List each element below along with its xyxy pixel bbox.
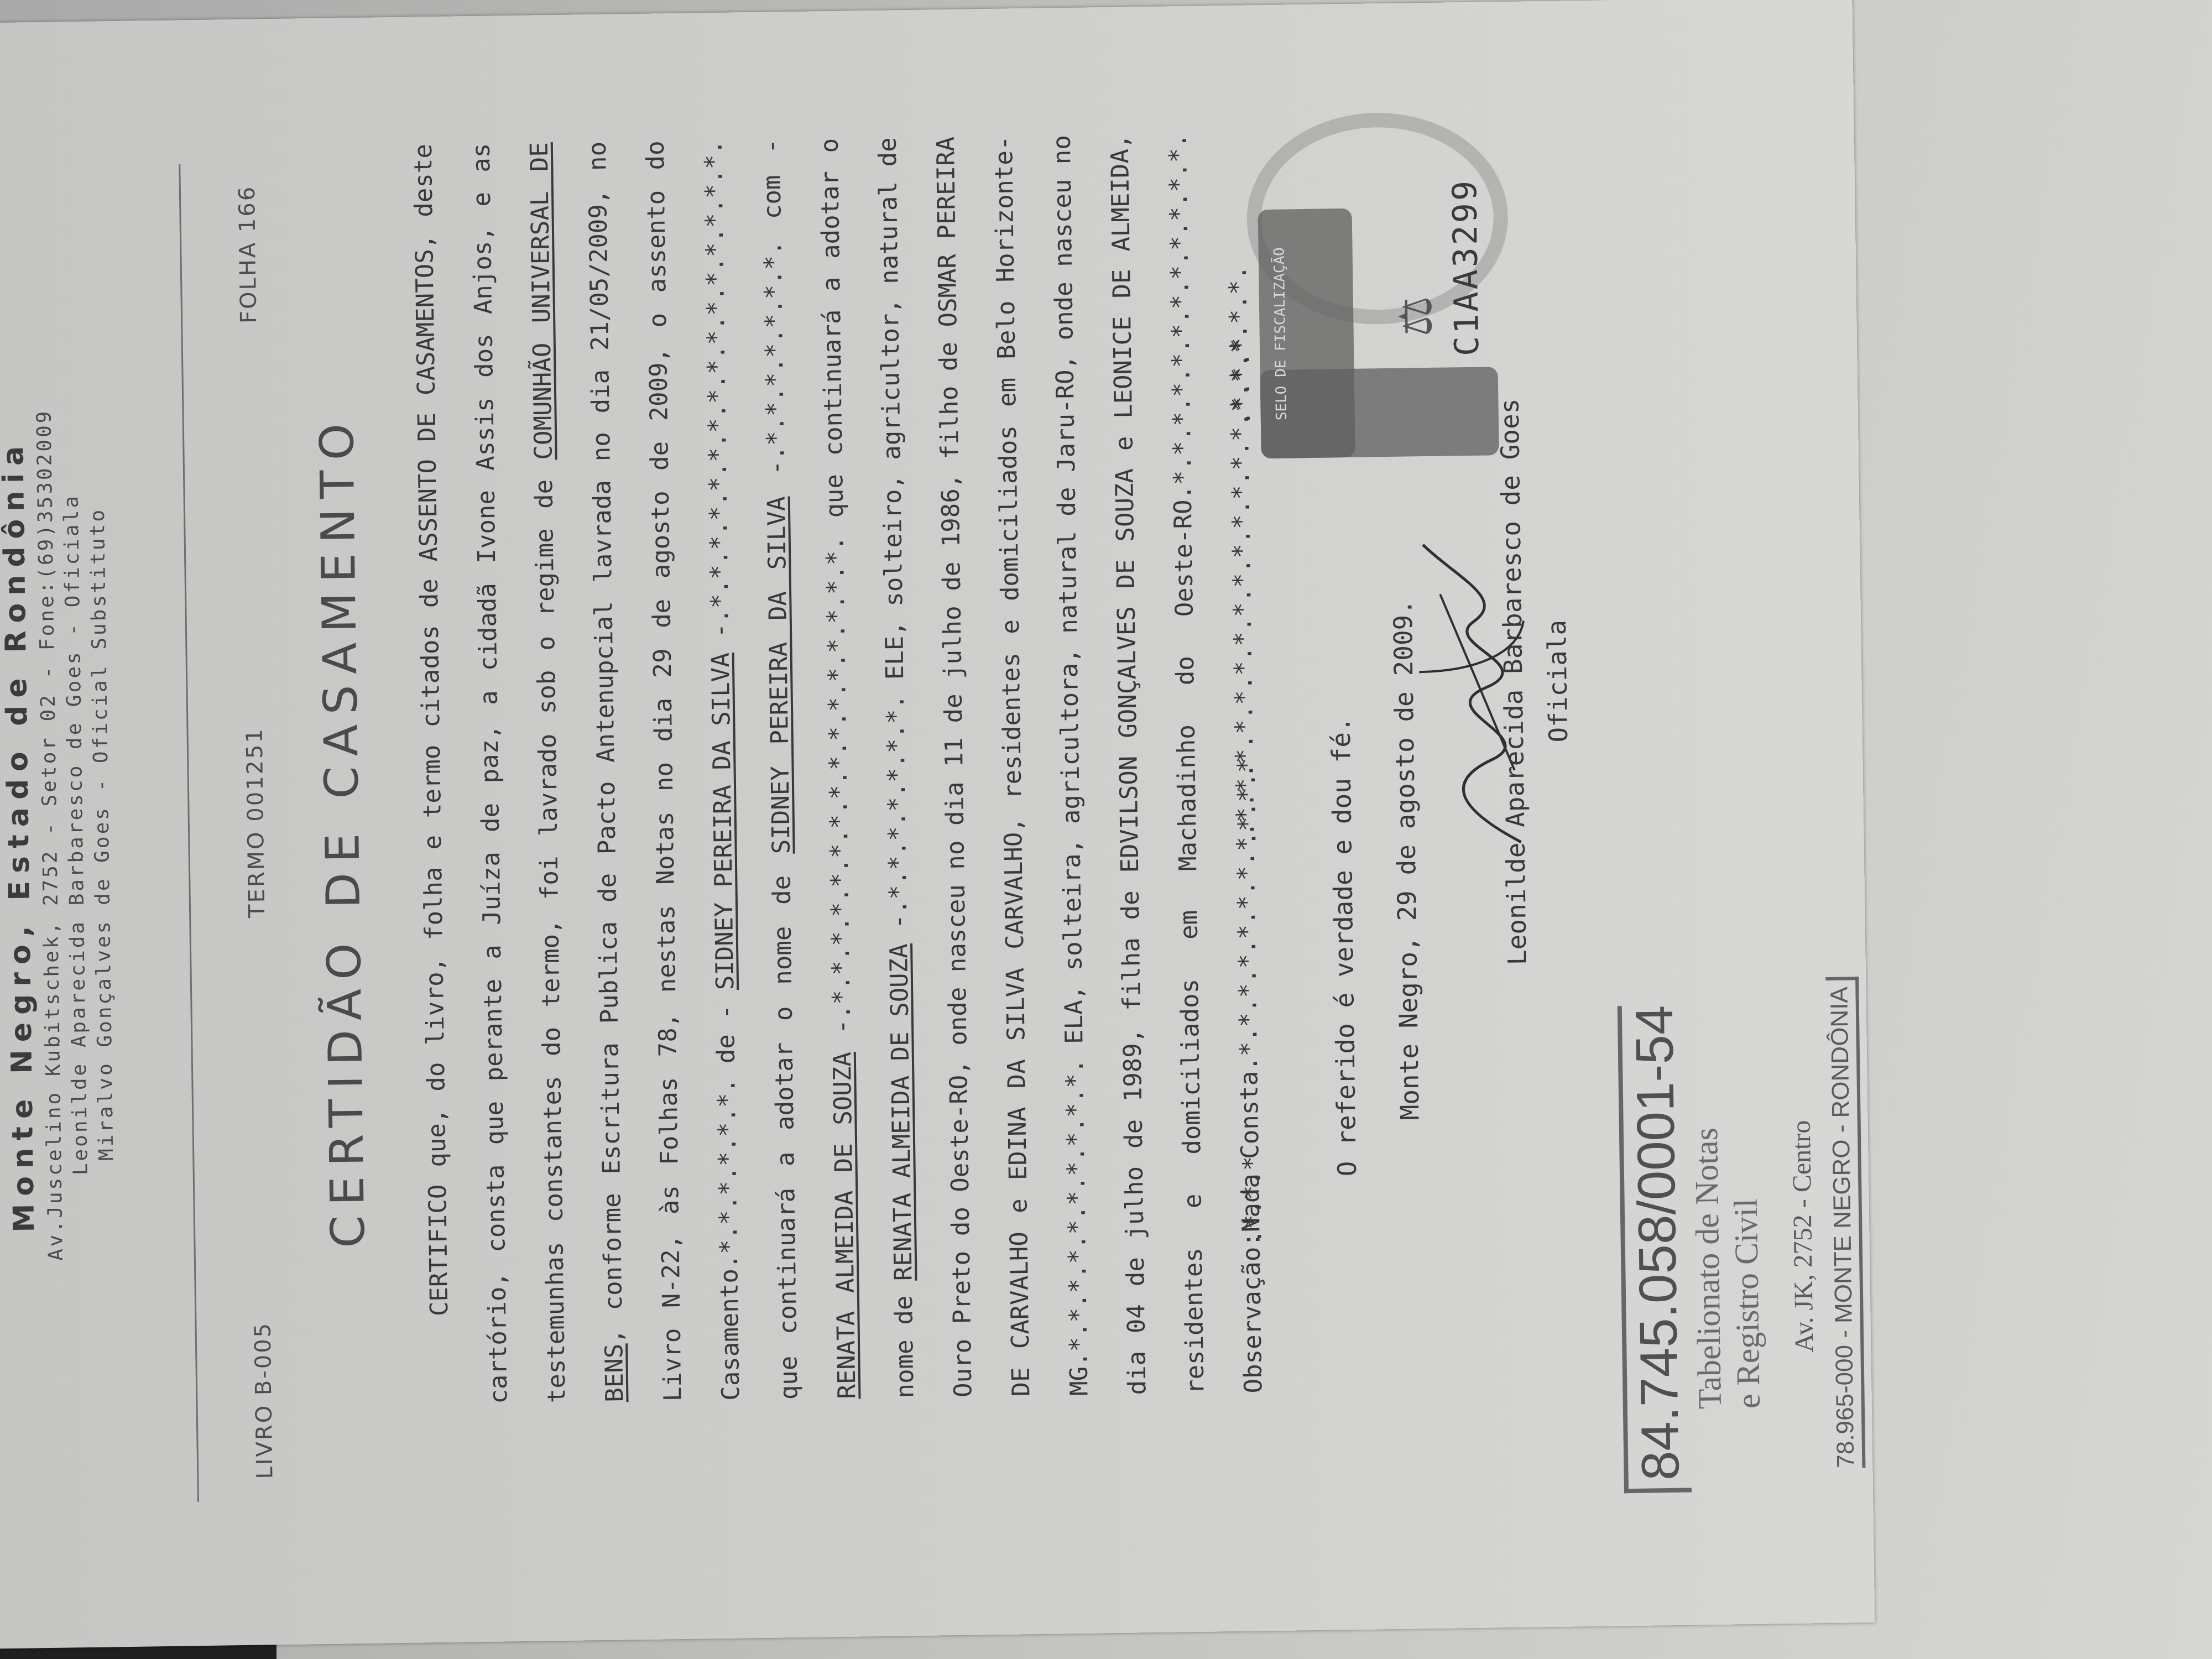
body-segment: -.*.*.*.*.*.*.*. ELE, solteiro, agricult… — [874, 133, 1210, 1397]
stamp-city: 78.965-000 - MONTE NEGRO - RONDÔNIA — [1825, 977, 1865, 1468]
bride-name: RENATA ALMEIDA DE SOUZA — [828, 1052, 862, 1399]
filler-stars: .*.*.* — [1232, 758, 1261, 846]
body-segment: -.*.*.*.*.*.*.*. com - — [758, 139, 791, 497]
signer-role: Oficiala — [1531, 349, 1584, 1013]
certificate-text: CERTIFICO que, do livro, folha e termo c… — [394, 132, 1283, 1405]
stamp-cnpj: 84.745.058/0001-54 — [1618, 1005, 1692, 1493]
header-divider — [179, 164, 199, 1502]
certificate-body: CERTIFICO que, do livro, folha e termo c… — [394, 132, 1283, 1405]
groom-name: SIDNEY PEREIRA DA SILVA — [707, 653, 740, 990]
seal-label: SELO DE FISCALIZAÇÃO — [1258, 208, 1355, 458]
seal-code: C1AA3299 — [1446, 179, 1486, 357]
filler-stars: .*.*.* — [1238, 1156, 1267, 1244]
folha-ref: FOLHA 166 — [234, 185, 262, 324]
certificate-paper: REGISTRO CIVIL E TABELIONATO DE NOTAS Mo… — [0, 0, 1875, 1651]
groom-name-after: SIDNEY PEREIRA DA SILVA — [763, 496, 796, 854]
bride-name-after: RENATA ALMEIDA DE SOUZA — [885, 943, 918, 1281]
scales-of-justice-icon: ⚖ — [1375, 298, 1447, 335]
stamp-line2: e Registro Civil — [1721, 800, 1768, 1409]
book-references: LIVRO B-005 TERMO 001251 FOLHA 166 — [234, 185, 278, 1479]
stamp-address: Av. JK, 2752 - Centro — [1782, 799, 1820, 1353]
attestation: O referido é verdade e dou fé. — [1307, 600, 1379, 1177]
livro-ref: LIVRO B-005 — [250, 1322, 278, 1479]
registry-header: REGISTRO CIVIL E TABELIONATO DE NOTAS Mo… — [0, 21, 125, 1649]
termo-ref: TERMO 001251 — [242, 727, 270, 919]
fiscal-seal: SELO DE FISCALIZAÇÃO ⚖ C1AA3299 — [1246, 145, 1538, 458]
paper-sheet: REGISTRO CIVIL E TABELIONATO DE NOTAS Mo… — [0, 0, 1875, 1651]
observation-label: Observação — [1238, 1246, 1268, 1394]
cnpj-stamp: 84.745.058/0001-54 Tabelionato de Notas … — [1615, 799, 1867, 1493]
document-title: CERTIDÃO DE CASAMENTO — [304, 18, 381, 1644]
